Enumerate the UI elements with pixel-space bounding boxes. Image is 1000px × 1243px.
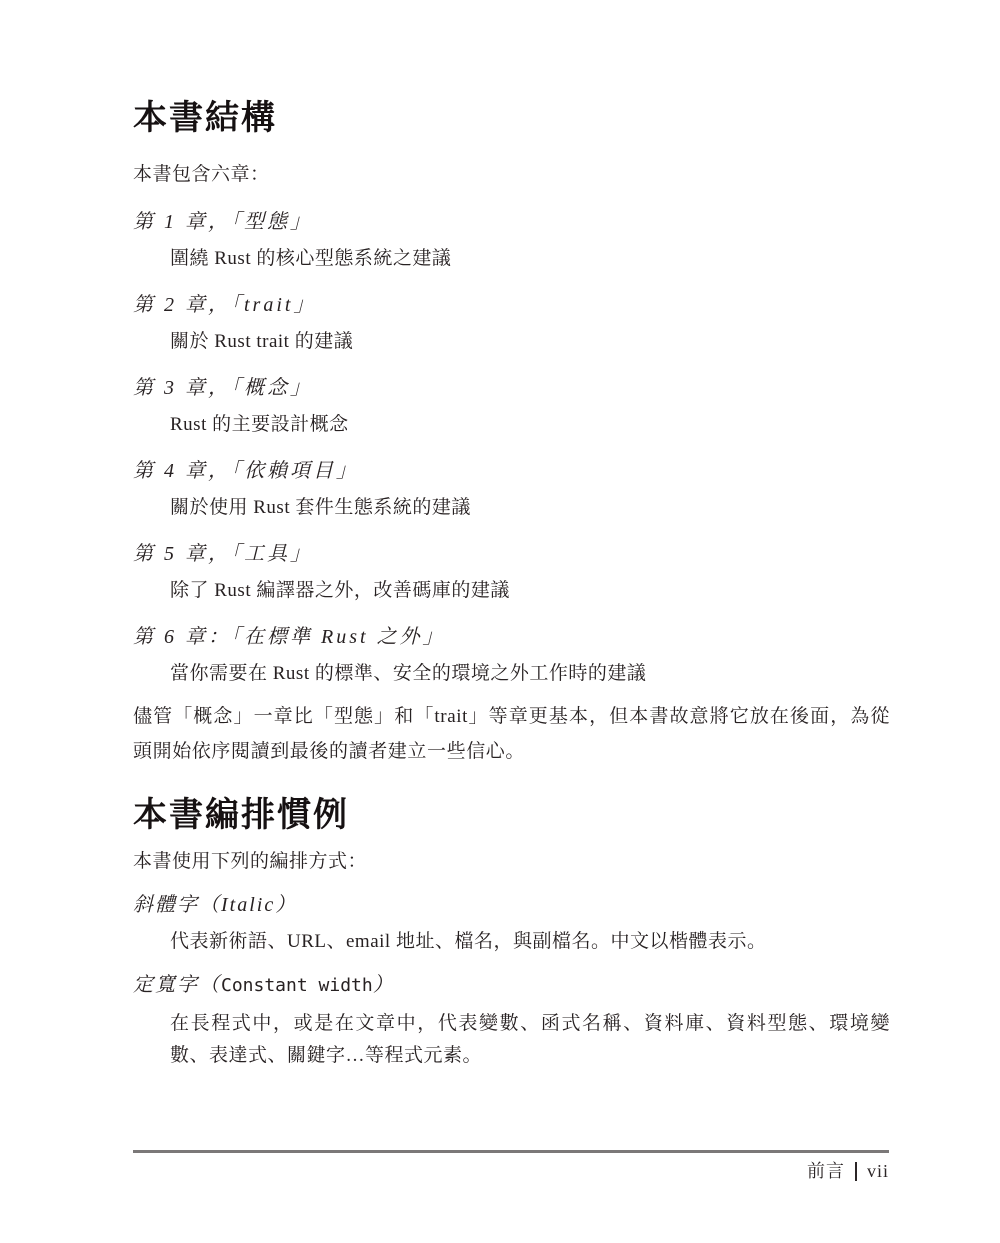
chapter-entry-4: 第 4 章，「依賴項目」 關於使用 Rust 套件生態系統的建議 bbox=[133, 457, 890, 523]
conventions-intro: 本書使用下列的編排方式： bbox=[133, 847, 890, 877]
chapter-description: 關於 Rust trait 的建議 bbox=[170, 327, 890, 357]
chapter-number: 6 bbox=[164, 626, 177, 648]
convention-description: 代表新術語、URL、email 地址、檔名，與副檔名。中文以楷體表示。 bbox=[170, 927, 890, 957]
chapter-description: Rust 的主要設計概念 bbox=[170, 410, 890, 440]
chapter-title-mid: 章，「工具」 bbox=[177, 543, 313, 565]
convention-term-en: Italic bbox=[221, 894, 275, 916]
chapter-description: 圍繞 Rust 的核心型態系統之建議 bbox=[170, 244, 890, 274]
chapter-title: 第 1 章，「型態」 bbox=[133, 208, 890, 236]
convention-term: 斜體字（Italic） bbox=[133, 891, 890, 919]
footer-page-number: vii bbox=[867, 1161, 889, 1181]
chapter-title-mid: 章，「概念」 bbox=[177, 377, 313, 399]
chapter-title-mid: 章：「在標準 bbox=[177, 626, 321, 648]
chapter-entry-6: 第 6 章：「在標準 Rust 之外」 當你需要在 Rust 的標準、安全的環境… bbox=[133, 623, 890, 689]
structure-closing-paragraph: 儘管「概念」一章比「型態」和「trait」等章更基本，但本書故意將它放在後面，為… bbox=[133, 699, 890, 769]
chapter-title-pre: 第 bbox=[133, 543, 164, 565]
chapter-title: 第 4 章，「依賴項目」 bbox=[133, 457, 890, 485]
chapter-description: 關於使用 Rust 套件生態系統的建議 bbox=[170, 493, 890, 523]
structure-intro: 本書包含六章： bbox=[133, 160, 890, 190]
chapter-title-post: 之外」 bbox=[369, 626, 446, 648]
chapter-entry-5: 第 5 章，「工具」 除了 Rust 編譯器之外，改善碼庫的建議 bbox=[133, 540, 890, 606]
convention-term-close: ） bbox=[373, 974, 395, 996]
heading-book-structure: 本書結構 bbox=[133, 98, 890, 138]
chapter-title-pre: 第 bbox=[133, 294, 164, 316]
chapter-entry-2: 第 2 章，「trait」 關於 Rust trait 的建議 bbox=[133, 291, 890, 357]
chapter-title-em: trait bbox=[244, 294, 293, 316]
chapter-title-mid: 章，「 bbox=[177, 294, 244, 316]
convention-term: 定寬字（Constant width） bbox=[133, 971, 890, 1000]
chapter-title-pre: 第 bbox=[133, 460, 164, 482]
convention-term-close: ） bbox=[275, 894, 297, 916]
convention-term-zh: 定寬字（ bbox=[133, 974, 221, 996]
chapter-number: 5 bbox=[164, 543, 177, 565]
chapter-number: 2 bbox=[164, 294, 177, 316]
chapter-number: 4 bbox=[164, 460, 177, 482]
convention-term-en: Constant width bbox=[221, 975, 373, 996]
footer-divider bbox=[855, 1162, 857, 1181]
chapter-number: 1 bbox=[164, 211, 177, 233]
chapter-title: 第 3 章，「概念」 bbox=[133, 374, 890, 402]
chapter-number: 3 bbox=[164, 377, 177, 399]
convention-description: 在長程式中，或是在文章中，代表變數、函式名稱、資料庫、資料型態、環境變數、表達式… bbox=[170, 1008, 890, 1072]
chapter-title-pre: 第 bbox=[133, 626, 164, 648]
chapter-title: 第 2 章，「trait」 bbox=[133, 291, 890, 319]
chapter-title-post: 」 bbox=[293, 294, 316, 316]
page-content: 本書結構 本書包含六章： 第 1 章，「型態」 圍繞 Rust 的核心型態系統之… bbox=[133, 0, 890, 1072]
convention-entry-italic: 斜體字（Italic） 代表新術語、URL、email 地址、檔名，與副檔名。中… bbox=[133, 891, 890, 957]
convention-term-zh: 斜體字（ bbox=[133, 894, 221, 916]
chapter-entry-3: 第 3 章，「概念」 Rust 的主要設計概念 bbox=[133, 374, 890, 440]
book-page: 本書結構 本書包含六章： 第 1 章，「型態」 圍繞 Rust 的核心型態系統之… bbox=[0, 0, 1000, 1243]
chapter-description: 除了 Rust 編譯器之外，改善碼庫的建議 bbox=[170, 576, 890, 606]
chapter-title-pre: 第 bbox=[133, 377, 164, 399]
chapter-title-em: Rust bbox=[321, 626, 369, 648]
chapter-title-mid: 章，「依賴項目」 bbox=[177, 460, 359, 482]
heading-conventions: 本書編排慣例 bbox=[133, 795, 890, 835]
chapter-title: 第 6 章：「在標準 Rust 之外」 bbox=[133, 623, 890, 651]
chapter-title: 第 5 章，「工具」 bbox=[133, 540, 890, 568]
chapter-entry-1: 第 1 章，「型態」 圍繞 Rust 的核心型態系統之建議 bbox=[133, 208, 890, 274]
chapter-title-mid: 章，「型態」 bbox=[177, 211, 313, 233]
convention-entry-constant-width: 定寬字（Constant width） 在長程式中，或是在文章中，代表變數、函式… bbox=[133, 971, 890, 1072]
footer-section-label: 前言 bbox=[807, 1161, 845, 1181]
footer-rule bbox=[133, 1150, 889, 1153]
chapter-description: 當你需要在 Rust 的標準、安全的環境之外工作時的建議 bbox=[170, 659, 890, 689]
page-footer: 前言vii bbox=[807, 1158, 889, 1184]
chapter-title-pre: 第 bbox=[133, 211, 164, 233]
